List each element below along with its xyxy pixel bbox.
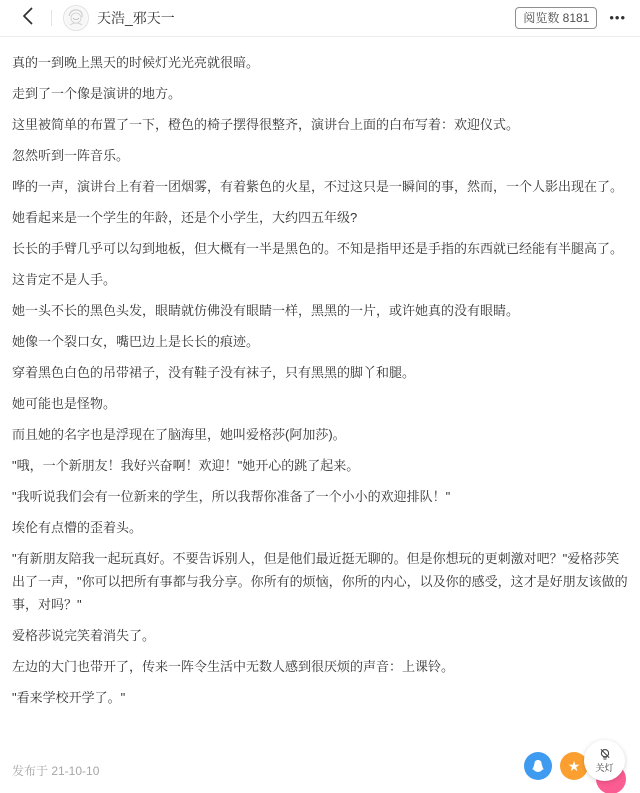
view-count-badge: 阅览数 8181 [515,7,597,29]
paragraph: 忽然听到一阵音乐。 [12,144,628,167]
paragraph: 而且她的名字也是浮现在了脑海里，她叫爱格莎(阿加莎)。 [12,423,628,446]
paragraph: 走到了一个像是演讲的地方。 [12,82,628,105]
night-mode-label: 关灯 [595,763,613,773]
paragraph: "看来学校开学了。" [12,686,628,709]
paragraph: 这肯定不是人手。 [12,268,628,291]
paragraph: 长长的手臂几乎可以勾到地板，但大概有一半是黑色的。不知是指甲还是手指的东西就已经… [12,237,628,260]
paragraph: 她可能也是怪物。 [12,392,628,415]
avatar[interactable] [63,5,89,31]
chevron-left-icon [21,7,34,30]
header-bar: 天浩_邪天一 阅览数 8181 ••• [0,0,640,37]
star-icon: ★ [568,759,581,773]
night-mode-button[interactable]: 关灯 [584,740,625,781]
paragraph: 埃伦有点懵的歪着头。 [12,516,628,539]
more-menu-button[interactable]: ••• [609,13,626,23]
paragraph: 这里被简单的布置了一下，橙色的椅子摆得很整齐，演讲台上面的白布写着：欢迎仪式。 [12,113,628,136]
paragraph: "我听说我们会有一位新来的学生，所以我帮你准备了一个小小的欢迎排队！" [12,485,628,508]
paragraph: 穿着黑色白色的吊带裙子，没有鞋子没有袜子，只有黑黑的脚丫和腿。 [12,361,628,384]
back-button[interactable] [16,7,38,29]
share-qq-button[interactable] [524,752,552,780]
username[interactable]: 天浩_邪天一 [97,8,175,28]
lightbulb-icon [598,748,612,762]
header-divider [51,10,52,26]
paragraph: 真的一到晚上黑天的时候灯光光亮就很暗。 [12,51,628,74]
ellipsis-icon: ••• [609,10,626,25]
article-body: 真的一到晚上黑天的时候灯光光亮就很暗。走到了一个像是演讲的地方。这里被简单的布置… [0,37,640,709]
paragraph: 她一头不长的黑色头发，眼睛就仿佛没有眼睛一样，黑黑的一片，或许她真的没有眼睛。 [12,299,628,322]
avatar-sketch-icon [64,6,88,30]
paragraph: "有新朋友陪我一起玩真好。不要告诉别人，但是他们最近挺无聊的。但是你想玩的更刺激… [12,547,628,616]
paragraph: 她看起来是一个学生的年龄，还是个小学生，大约四五年级? [12,206,628,229]
post-reading-page: { "header": { "username": "天浩_邪天一", "vie… [0,0,640,793]
qq-penguin-icon [530,758,546,774]
paragraph: 左边的大门也带开了，传来一阵令生活中无数人感到很厌烦的声音：上课铃。 [12,655,628,678]
paragraph: "哦，一个新朋友！我好兴奋啊！欢迎！"她开心的跳了起来。 [12,454,628,477]
publish-date: 发布于 21-10-10 [12,762,99,779]
paragraph: 爱格莎说完笑着消失了。 [12,624,628,647]
paragraph: 她像一个裂口女，嘴巴边上是长长的痕迹。 [12,330,628,353]
paragraph: 哗的一声，演讲台上有着一团烟雾，有着紫色的火星，不过这只是一瞬间的事，然而，一个… [12,175,628,198]
